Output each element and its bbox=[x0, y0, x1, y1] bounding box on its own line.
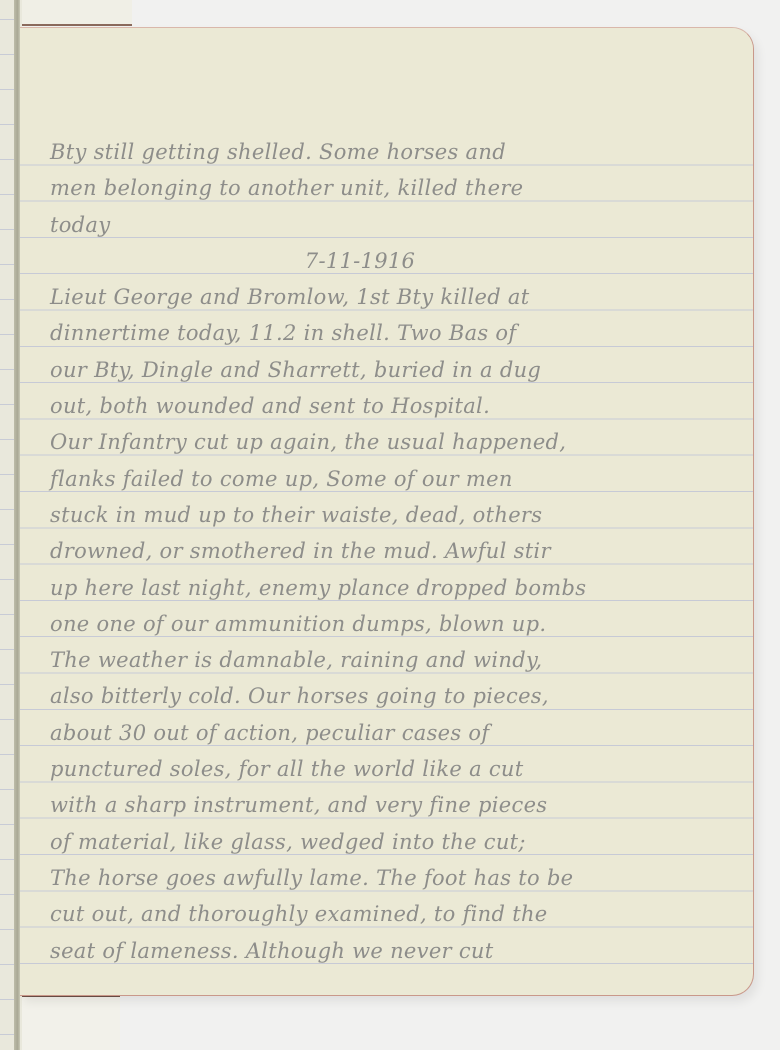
text-line: drowned, or smothered in the mud. Awful … bbox=[50, 533, 750, 569]
text-line: Bty still getting shelled. Some horses a… bbox=[50, 134, 750, 170]
notebook-spine bbox=[14, 0, 20, 1050]
handwritten-text: Bty still getting shelled. Some horses a… bbox=[50, 134, 750, 969]
text-line: Our Infantry cut up again, the usual hap… bbox=[50, 424, 750, 460]
text-line: of material, like glass, wedged into the… bbox=[50, 824, 750, 860]
bottom-page-tab bbox=[22, 994, 120, 1050]
text-line: men belonging to another unit, killed th… bbox=[50, 170, 750, 206]
text-line: about 30 out of action, peculiar cases o… bbox=[50, 715, 750, 751]
text-line: with a sharp instrument, and very fine p… bbox=[50, 787, 750, 823]
text-line: Lieut George and Bromlow, 1st Bty killed… bbox=[50, 279, 750, 315]
text-line: dinnertime today, 11.2 in shell. Two Bas… bbox=[50, 315, 750, 351]
text-line: also bitterly cold. Our horses going to … bbox=[50, 678, 750, 714]
text-line: The horse goes awfully lame. The foot ha… bbox=[50, 860, 750, 896]
text-line: out, both wounded and sent to Hospital. bbox=[50, 388, 750, 424]
text-line: cut out, and thoroughly examined, to fin… bbox=[50, 896, 750, 932]
text-line: stuck in mud up to their waiste, dead, o… bbox=[50, 497, 750, 533]
text-line: our Bty, Dingle and Sharrett, buried in … bbox=[50, 352, 750, 388]
top-page-tab bbox=[22, 0, 132, 26]
text-line: The weather is damnable, raining and win… bbox=[50, 642, 750, 678]
date-heading: 7-11-1916 bbox=[50, 243, 750, 279]
text-line: one one of our ammunition dumps, blown u… bbox=[50, 606, 750, 642]
text-line: today bbox=[50, 207, 750, 243]
text-line: up here last night, enemy plance dropped… bbox=[50, 570, 750, 606]
notebook-page: Bty still getting shelled. Some horses a… bbox=[20, 27, 754, 996]
text-line: punctured soles, for all the world like … bbox=[50, 751, 750, 787]
text-line: flanks failed to come up, Some of our me… bbox=[50, 461, 750, 497]
text-line: seat of lameness. Although we never cut bbox=[50, 933, 750, 969]
